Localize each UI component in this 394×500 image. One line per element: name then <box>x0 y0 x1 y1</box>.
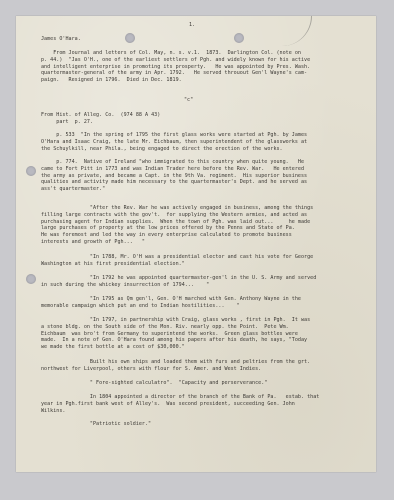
text-line: Eichbaum was bro't from Germany to super… <box>41 331 310 338</box>
text-line: "In 1792 he was appointed quartermaster-… <box>41 275 316 282</box>
text-line: "In 1795 as Qm gen'l, Gen. O'H marched w… <box>41 296 301 303</box>
text-line: the army as private, and became a Capt. … <box>41 173 307 180</box>
text-line: "After the Rev. War he was actively enga… <box>41 205 313 212</box>
text-line: qualities and activity made him necessar… <box>41 179 307 186</box>
text-line: purchasing agent for Indian supplies. Wh… <box>41 219 313 226</box>
text-line: interests and growth of Pgh... " <box>41 239 313 246</box>
typed-document-page: 1. James O'Hara. From Journal and letter… <box>16 16 376 472</box>
punch-hole <box>26 274 36 284</box>
text-line: "In 1788, Mr. O'H was a presidential ele… <box>41 254 313 261</box>
text-line: From Hist. of Alleg. Co. (974 88 A 43) <box>41 112 160 119</box>
paragraph-patriotic: "Patriotic soldier." <box>41 421 151 428</box>
marker-text: "c" <box>184 97 193 104</box>
text-line: paign. Resigned in 1796. Died in Dec. 18… <box>41 77 310 84</box>
punch-hole <box>125 33 135 43</box>
section-marker: "c" <box>184 97 193 104</box>
text-line: came to Fort Pitt in 1773 and was Indian… <box>41 166 307 173</box>
text-line: " Fore-sighted calculatro". "Capacity an… <box>41 380 267 387</box>
text-line: filling large contracts with the gov't. … <box>41 212 313 219</box>
page-number: 1. <box>189 22 195 29</box>
paragraph-ships: Built his own ships and loaded them with… <box>41 359 310 373</box>
text-line: large purchases of property at the low p… <box>41 225 313 232</box>
text-line: the Schuylkill, near Phila., being engag… <box>41 146 307 153</box>
paragraph-bank-1804: In 1804 appointed a director of the bran… <box>41 394 319 414</box>
text-line: made. In a note of Gen. O'Hara found amo… <box>41 337 310 344</box>
punch-hole <box>234 33 244 43</box>
text-line: p. 533 "In the spring of 1795 the first … <box>41 132 307 139</box>
text-line: ass't quartermaster." <box>41 186 307 193</box>
text-line: we made the first bottle at a cost of $3… <box>41 344 310 351</box>
text-line: Washington at his first presidential ele… <box>41 261 313 268</box>
text-line: From Journal and letters of Col. May, n.… <box>41 50 310 57</box>
paper-fold-mark <box>281 16 312 46</box>
text-line: year in Pgh.first bank west of Alley's. … <box>41 401 319 408</box>
text-line: "In 1797, in partnership with Craig, gla… <box>41 317 310 324</box>
text-line: O'Hara and Isaac Craig, the late Mr. Eic… <box>41 139 307 146</box>
text-line: quartermaster-general of the army in Apr… <box>41 70 310 77</box>
text-line: and intelligent enterprise in promoting … <box>41 64 310 71</box>
paragraph-elector-1788: "In 1788, Mr. O'H was a presidential ele… <box>41 254 313 268</box>
paragraph-p533: p. 533 "In the spring of 1795 the first … <box>41 132 307 152</box>
text-line: a stone bldg. on the South side of the M… <box>41 324 310 331</box>
subject-line: James O'Hara. <box>41 36 81 43</box>
text-line: in such during the whickey insurrection … <box>41 282 316 289</box>
paragraph-qm-1792: "In 1792 he was appointed quartermaster-… <box>41 275 316 289</box>
text-line: northwest for Liverpool, others with flo… <box>41 366 310 373</box>
text-line: p. 774. Native of Ireland "who immigrate… <box>41 159 307 166</box>
paragraph-after-rev-war: "After the Rev. War he was actively enga… <box>41 205 313 246</box>
text-line: "Patriotic soldier." <box>41 421 151 428</box>
subject-heading: James O'Hara. <box>41 36 81 43</box>
text-line: He was foremost and led the way in every… <box>41 232 313 239</box>
text-line: Wilkins. <box>41 408 319 415</box>
paragraph-quotes: " Fore-sighted calculatro". "Capacity an… <box>41 380 267 387</box>
text-line: Built his own ships and loaded them with… <box>41 359 310 366</box>
text-line: In 1804 appointed a director of the bran… <box>41 394 319 401</box>
text-line: p. 44.) "Jas O'H., one of the earliest s… <box>41 57 310 64</box>
punch-hole <box>26 166 36 176</box>
source-citation: From Hist. of Alleg. Co. (974 88 A 43) p… <box>41 112 160 126</box>
paragraph-glass-1797: "In 1797, in partnership with Craig, gla… <box>41 317 310 351</box>
paragraph-journal: From Journal and letters of Col. May, n.… <box>41 50 310 84</box>
paragraph-p774: p. 774. Native of Ireland "who immigrate… <box>41 159 307 193</box>
paragraph-qm-1795: "In 1795 as Qm gen'l, Gen. O'H marched w… <box>41 296 301 310</box>
text-line: memorable campaign which put an end to I… <box>41 303 301 310</box>
text-line: part p. 27. <box>41 119 160 126</box>
